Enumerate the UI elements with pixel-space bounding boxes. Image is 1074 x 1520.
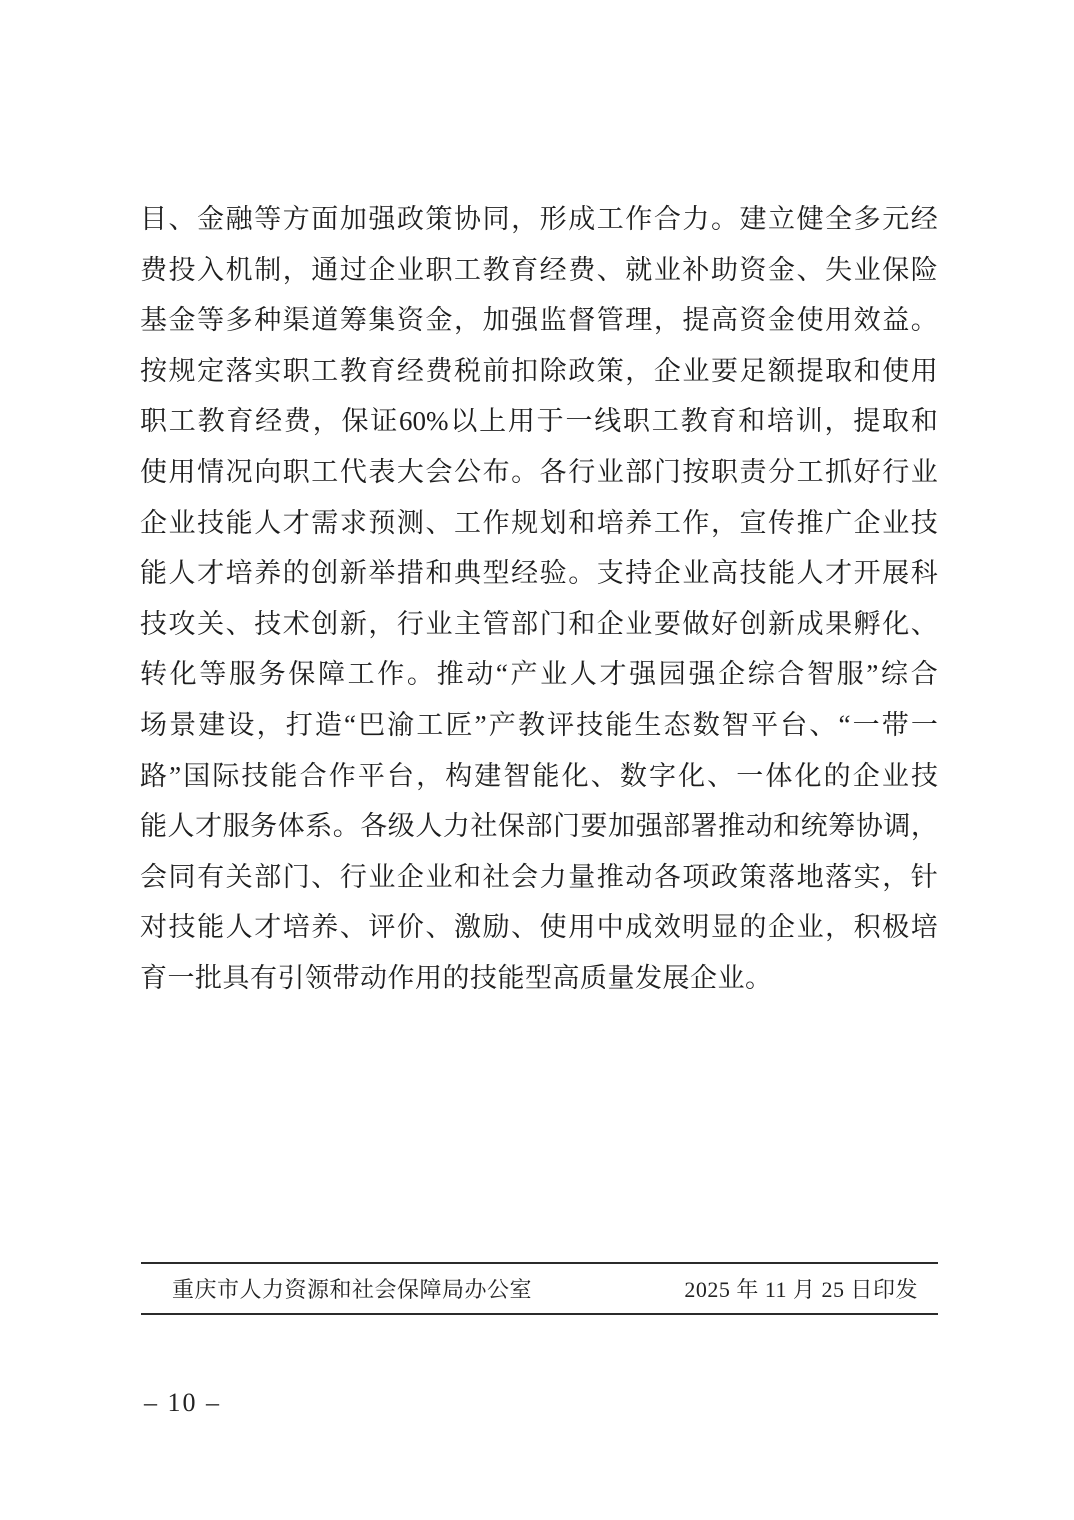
text-line: 企业技能人才需求预测、工作规划和培养工作，宣传推广企业技 [140, 498, 938, 549]
text-line: 技攻关、技术创新，行业主管部门和企业要做好创新成果孵化、 [140, 599, 938, 650]
text-line: 场景建设，打造“巴渝工匠”产教评技能生态数智平台、“一带一 [140, 700, 938, 751]
text-line: 费投入机制，通过企业职工教育经费、就业补助资金、失业保险 [140, 245, 938, 296]
text-line: 使用情况向职工代表大会公布。各行业部门按职责分工抓好行业 [140, 447, 938, 498]
text-line: 按规定落实职工教育经费税前扣除政策，企业要足额提取和使用 [140, 346, 938, 397]
text-line: 路”国际技能合作平台，构建智能化、数字化、一体化的企业技 [140, 751, 938, 802]
text-line: 基金等多种渠道筹集资金，加强监督管理，提高资金使用效益。 [140, 295, 938, 346]
text-line: 育一批具有引领带动作用的技能型高质量发展企业。 [140, 953, 938, 1004]
text-line: 能人才培养的创新举措和典型经验。支持企业高技能人才开展科 [140, 548, 938, 599]
page-number: – 10 – [144, 1388, 221, 1418]
text-line: 职工教育经费，保证60%以上用于一线职工教育和培训，提取和 [140, 396, 938, 447]
text-line: 对技能人才培养、评价、激励、使用中成效明显的企业，积极培 [140, 902, 938, 953]
text-line: 目、金融等方面加强政策协同，形成工作合力。建立健全多元经 [140, 194, 938, 245]
issuing-office: 重庆市人力资源和社会保障局办公室 [172, 1273, 532, 1304]
body-paragraph: 目、金融等方面加强政策协同，形成工作合力。建立健全多元经费投入机制，通过企业职工… [140, 194, 938, 1004]
document-page: 目、金融等方面加强政策协同，形成工作合力。建立健全多元经费投入机制，通过企业职工… [0, 0, 1074, 1520]
text-line: 会同有关部门、行业企业和社会力量推动各项政策落地落实，针 [140, 852, 938, 903]
text-line: 转化等服务保障工作。推动“产业人才强园强企综合智服”综合 [140, 649, 938, 700]
document-footer: 重庆市人力资源和社会保障局办公室 2025 年 11 月 25 日印发 [141, 1262, 938, 1315]
text-line: 能人才服务体系。各级人力社保部门要加强部署推动和统筹协调， [140, 801, 938, 852]
print-date: 2025 年 11 月 25 日印发 [684, 1273, 918, 1304]
